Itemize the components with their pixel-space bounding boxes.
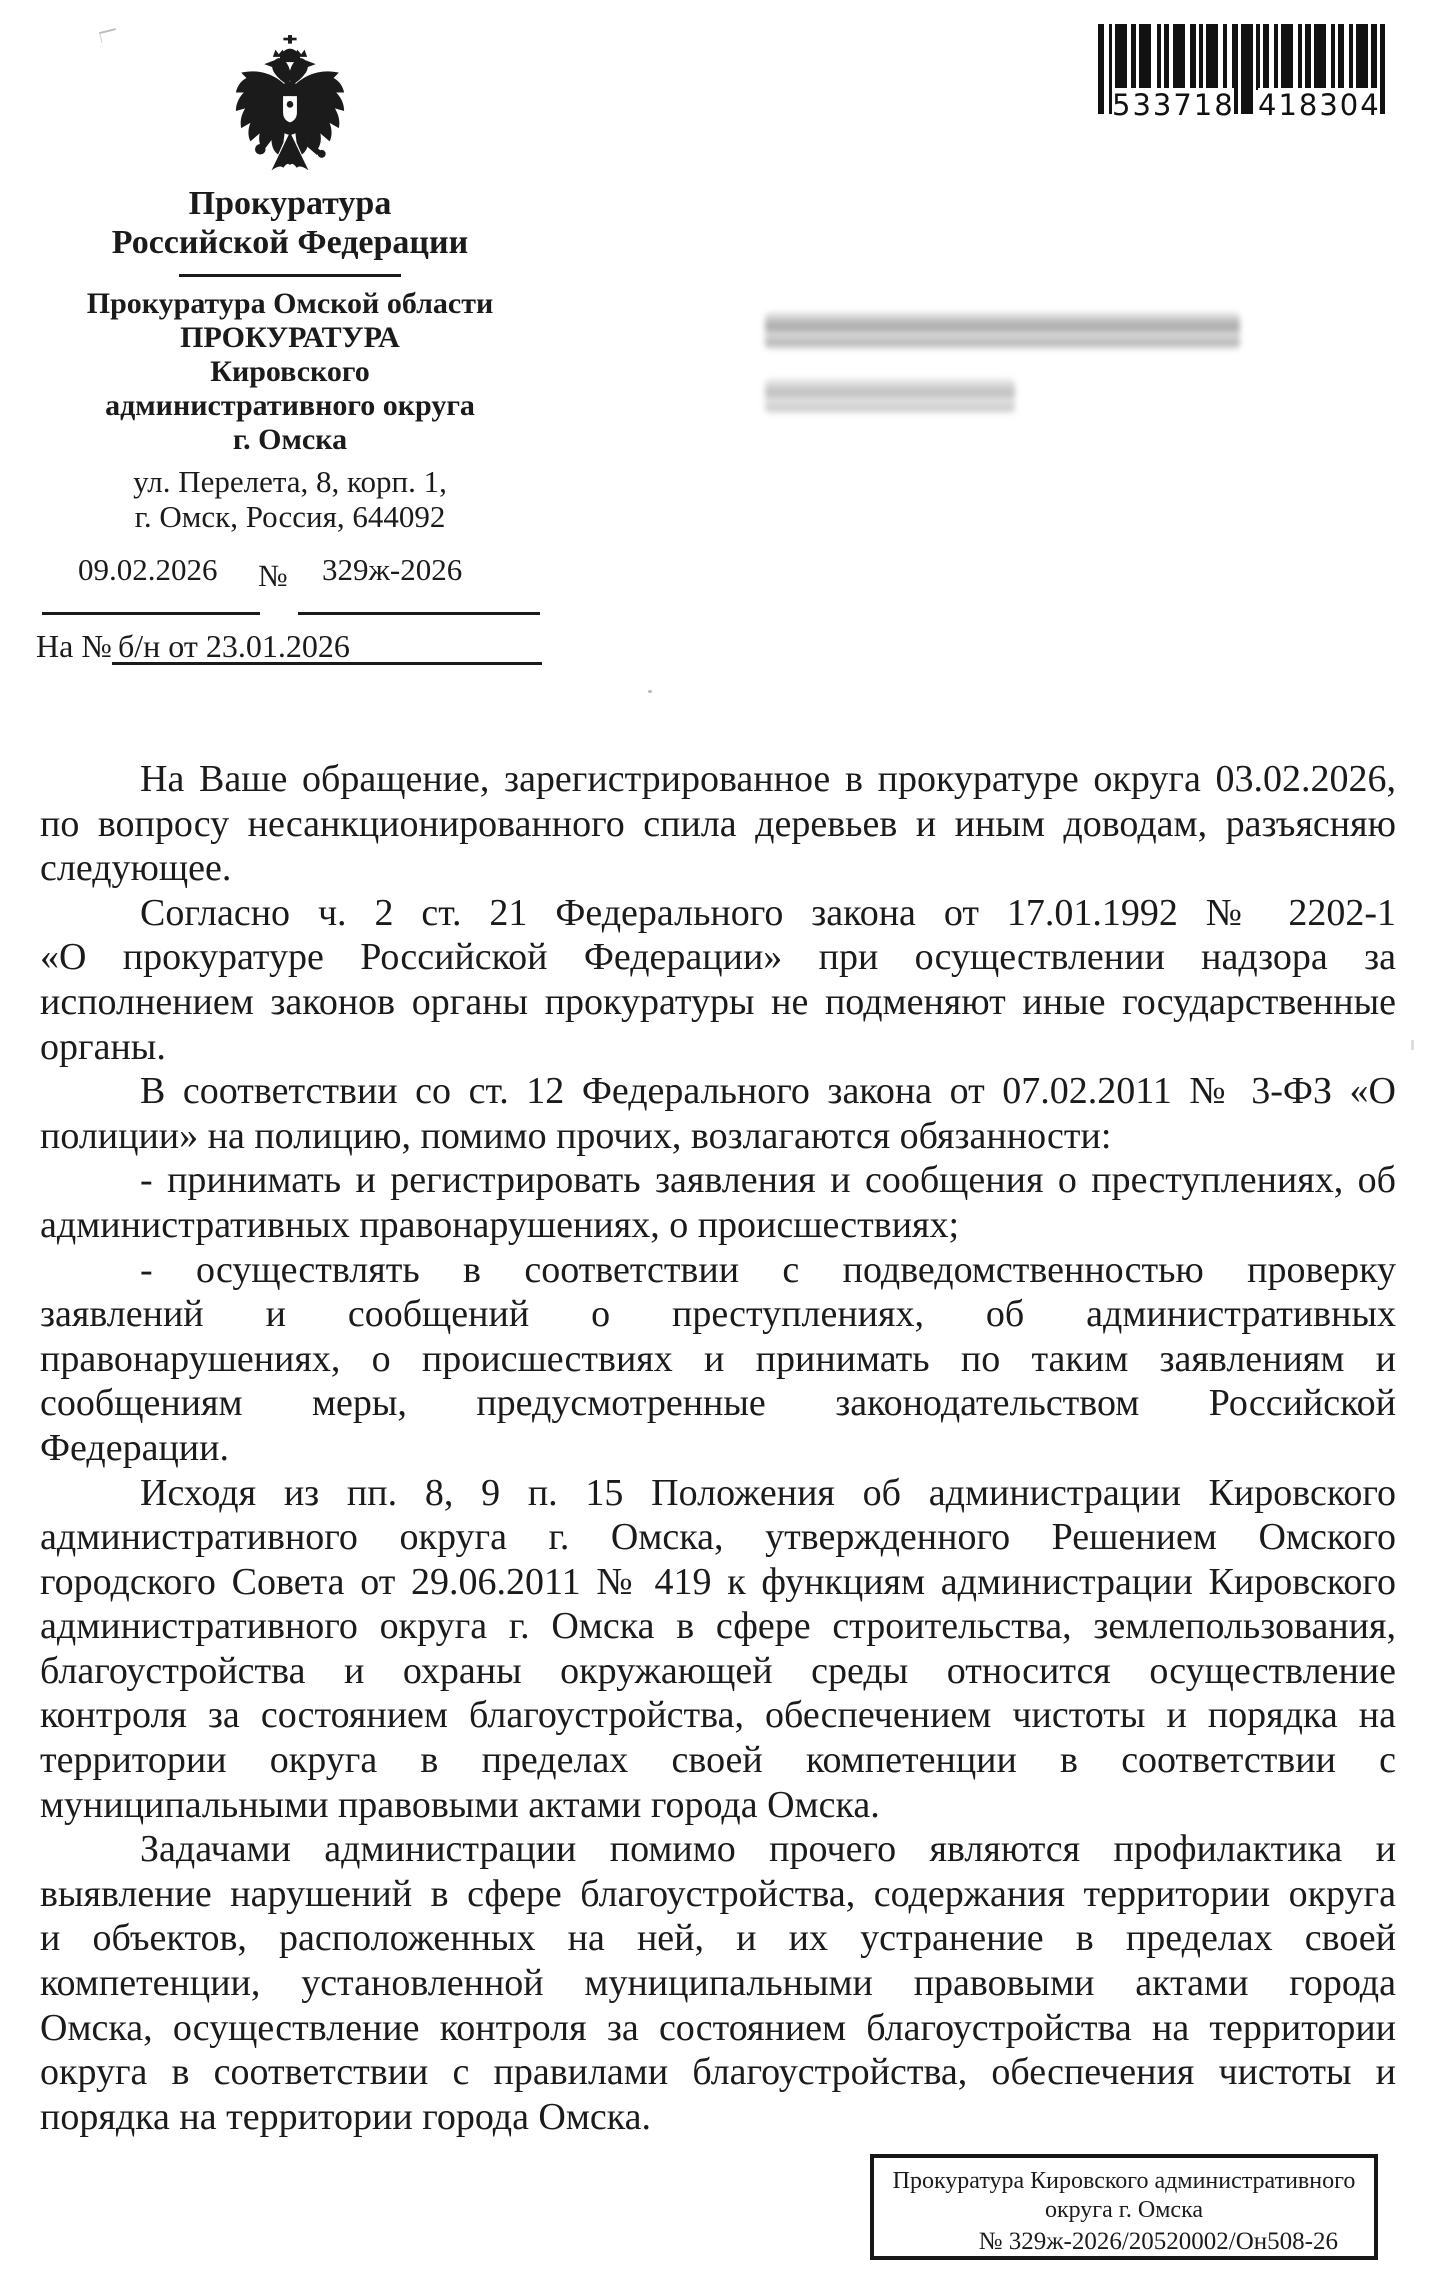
registration-stamp: Прокуратура Кировского административного… [870, 2154, 1378, 2260]
body-text-line: городского Совета от 29.06.2011 № 419 к … [40, 1560, 1396, 1605]
scanned-letter-page: Прокуратура Российской Федерации Прокура… [0, 0, 1429, 2293]
org-name-line-5: Кировского [50, 355, 530, 389]
redacted-text-smudge [765, 312, 1240, 350]
body-text-line: Исходя из пп. 8, 9 п. 15 Положения об ад… [40, 1471, 1396, 1516]
stamp-org-line-1: Прокуратура Кировского административного [874, 2167, 1374, 2196]
body-text-line: следующее. [40, 846, 1396, 891]
body-text-line: территории округа в пределах своей компе… [40, 1738, 1396, 1783]
body-text-line: - осуществлять в соответствии с подведом… [40, 1248, 1396, 1293]
outgoing-date: 09.02.2026 [78, 552, 218, 588]
org-name-line-2: Российской Федерации [50, 223, 530, 262]
body-text-line: округа в соответствии с правилами благоу… [40, 2050, 1396, 2095]
body-text-line: органы. [40, 1025, 1396, 1070]
org-name-line-3: Прокуратура Омской области [50, 287, 530, 321]
body-text-line: заявлений и сообщений о преступлениях, о… [40, 1292, 1396, 1337]
letterhead: Прокуратура Российской Федерации Прокура… [50, 34, 530, 534]
body-text-line: Задачами администрации помимо прочего яв… [40, 1827, 1396, 1872]
barcode-digits-left: 533718 [1112, 88, 1234, 122]
number-underline [298, 612, 540, 615]
body-text-line: по вопросу несанкционированного спила де… [40, 802, 1396, 847]
org-name-line-1: Прокуратура [50, 184, 530, 223]
body-text-line: компетенции, установленной муниципальным… [40, 1961, 1396, 2006]
org-name-line-7: г. Омска [50, 423, 530, 457]
barcode-digits-right: 418304 [1258, 88, 1380, 122]
letter-body: На Ваше обращение, зарегистрированное в … [40, 757, 1396, 2139]
org-name-line-4: ПРОКУРАТУРА [50, 321, 530, 355]
redacted-text-smudge [765, 378, 1015, 414]
body-text-line: административных правонарушениях, о прои… [40, 1203, 1396, 1248]
body-text-line: административного округа г. Омска в сфер… [40, 1604, 1396, 1649]
body-text-line: Федерации. [40, 1426, 1396, 1471]
body-text-line: полиции» на полицию, помимо прочих, возл… [40, 1114, 1396, 1159]
number-sign: № [258, 558, 288, 594]
reply-to-value: б/н от 23.01.2026 [118, 628, 350, 665]
body-text-line: Омска, осуществление контроля за состоян… [40, 2006, 1396, 2051]
stamp-number: № 329ж-2026/20520002/Он508-26 [874, 2225, 1374, 2258]
body-text-line: и объектов, расположенных на ней, и их у… [40, 1916, 1396, 1961]
outgoing-number: 329ж-2026 [322, 552, 462, 588]
barcode: 533718 418304 [1098, 24, 1390, 128]
body-text-line: выявление нарушений в сфере благоустройс… [40, 1872, 1396, 1917]
russia-coat-of-arms-icon [224, 34, 356, 180]
stamp-org-line-2: округа г. Омска [874, 2196, 1374, 2225]
body-text-line: Согласно ч. 2 ст. 21 Федерального закона… [40, 891, 1396, 936]
scan-artifact [648, 690, 652, 693]
date-underline [42, 612, 260, 615]
body-text-line: порядка на территории города Омска. [40, 2095, 1396, 2140]
address-line-1: ул. Перелета, 8, корп. 1, [50, 464, 530, 499]
body-text-line: благоустройства и охраны окружающей сред… [40, 1649, 1396, 1694]
body-text-line: сообщениям меры, предусмотренные законод… [40, 1381, 1396, 1426]
body-text-line: административного округа г. Омска, утвер… [40, 1515, 1396, 1560]
body-text-line: исполнением законов органы прокуратуры н… [40, 980, 1396, 1025]
scan-artifact [1411, 1040, 1414, 1050]
body-text-line: В соответствии со ст. 12 Федерального за… [40, 1069, 1396, 1114]
reply-underline [112, 662, 542, 665]
letterhead-divider [179, 274, 401, 277]
body-text-line: правонарушениях, о происшествиях и прини… [40, 1337, 1396, 1382]
org-name-line-6: административного округа [50, 389, 530, 423]
body-text-line: контроля за состоянием благоустройства, … [40, 1693, 1396, 1738]
body-text-line: - принимать и регистрировать заявления и… [40, 1158, 1396, 1203]
address-line-2: г. Омск, Россия, 644092 [50, 499, 530, 534]
body-text-line: «О прокуратуре Российской Федерации» при… [40, 935, 1396, 980]
body-text-line: муниципальными правовыми актами города О… [40, 1783, 1396, 1828]
body-text-line: На Ваше обращение, зарегистрированное в … [40, 757, 1396, 802]
reply-to-label: На № [36, 628, 112, 665]
